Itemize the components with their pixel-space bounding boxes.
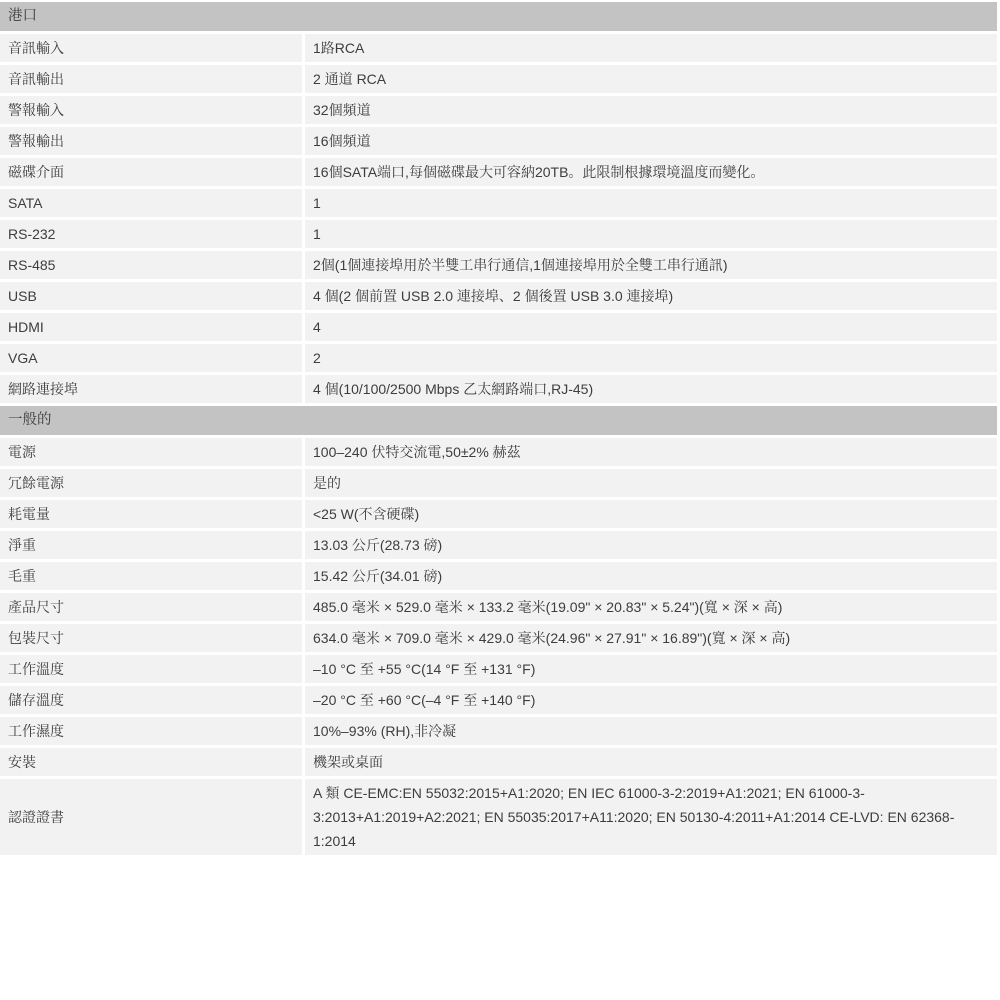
spec-label: USB [0,282,302,310]
table-row: USB 4 個(2 個前置 USB 2.0 連接埠、2 個後置 USB 3.0 … [0,282,997,310]
spec-value: 1路RCA [305,34,997,62]
table-row: RS-232 1 [0,220,997,248]
spec-value: 1 [305,189,997,217]
spec-value: –10 °C 至 +55 °C(14 °F 至 +131 °F) [305,655,997,683]
section-header: 港口 [0,2,997,31]
spec-section: 一般的 電源 100–240 伏特交流電,50±2% 赫茲 冗餘電源 是的 耗電… [0,406,997,855]
spec-label: VGA [0,344,302,372]
table-row: 警報輸入 32個頻道 [0,96,997,124]
section-header: 一般的 [0,406,997,435]
spec-label: HDMI [0,313,302,341]
spec-label: 耗電量 [0,500,302,528]
spec-label: 工作濕度 [0,717,302,745]
section-rows: 電源 100–240 伏特交流電,50±2% 赫茲 冗餘電源 是的 耗電量 <2… [0,438,997,855]
spec-label: 安裝 [0,748,302,776]
spec-label: 網路連接埠 [0,375,302,403]
spec-label: SATA [0,189,302,217]
spec-value: 13.03 公斤(28.73 磅) [305,531,997,559]
table-row: 工作濕度 10%–93% (RH),非冷凝 [0,717,997,745]
spec-label: 產品尺寸 [0,593,302,621]
spec-value: 機架或桌面 [305,748,997,776]
spec-value: 16個SATA端口,每個磁碟最大可容納20TB。此限制根據環境溫度而變化。 [305,158,997,186]
section-title: 一般的 [8,412,52,428]
spec-value: 485.0 毫米 × 529.0 毫米 × 133.2 毫米(19.09" × … [305,593,997,621]
table-row: 磁碟介面 16個SATA端口,每個磁碟最大可容納20TB。此限制根據環境溫度而變… [0,158,997,186]
table-row: 毛重 15.42 公斤(34.01 磅) [0,562,997,590]
spec-label: 認證證書 [0,779,302,855]
spec-value: –20 °C 至 +60 °C(–4 °F 至 +140 °F) [305,686,997,714]
spec-label: 冗餘電源 [0,469,302,497]
table-row: 冗餘電源 是的 [0,469,997,497]
spec-label: 儲存溫度 [0,686,302,714]
spec-label: RS-485 [0,251,302,279]
spec-value: 100–240 伏特交流電,50±2% 赫茲 [305,438,997,466]
section-title: 港口 [8,8,37,24]
table-row: VGA 2 [0,344,997,372]
spec-value: 16個頻道 [305,127,997,155]
spec-value: 4 [305,313,997,341]
spec-value: 4 個(2 個前置 USB 2.0 連接埠、2 個後置 USB 3.0 連接埠) [305,282,997,310]
spec-section: 港口 音訊輸入 1路RCA 音訊輸出 2 通道 RCA 警報輸入 32個頻道 警… [0,2,997,403]
spec-label: 音訊輸出 [0,65,302,93]
table-row: HDMI 4 [0,313,997,341]
table-row: 認證證書 A 類 CE-EMC:EN 55032:2015+A1:2020; E… [0,779,997,855]
spec-value: 2個(1個連接埠用於半雙工串行通信,1個連接埠用於全雙工串行通訊) [305,251,997,279]
section-rows: 音訊輸入 1路RCA 音訊輸出 2 通道 RCA 警報輸入 32個頻道 警報輸出… [0,34,997,403]
table-row: 網路連接埠 4 個(10/100/2500 Mbps 乙太網路端口,RJ-45) [0,375,997,403]
spec-label: 警報輸出 [0,127,302,155]
table-row: 音訊輸入 1路RCA [0,34,997,62]
spec-label: RS-232 [0,220,302,248]
table-row: 耗電量 <25 W(不含硬碟) [0,500,997,528]
table-row: SATA 1 [0,189,997,217]
spec-value: 1 [305,220,997,248]
table-row: 電源 100–240 伏特交流電,50±2% 赫茲 [0,438,997,466]
spec-value: 634.0 毫米 × 709.0 毫米 × 429.0 毫米(24.96" × … [305,624,997,652]
spec-label: 包裝尺寸 [0,624,302,652]
spec-value: 32個頻道 [305,96,997,124]
table-row: 產品尺寸 485.0 毫米 × 529.0 毫米 × 133.2 毫米(19.0… [0,593,997,621]
table-row: 安裝 機架或桌面 [0,748,997,776]
spec-value: 2 通道 RCA [305,65,997,93]
spec-label: 磁碟介面 [0,158,302,186]
spec-value: 15.42 公斤(34.01 磅) [305,562,997,590]
table-row: 儲存溫度 –20 °C 至 +60 °C(–4 °F 至 +140 °F) [0,686,997,714]
spec-label: 音訊輸入 [0,34,302,62]
table-row: 包裝尺寸 634.0 毫米 × 709.0 毫米 × 429.0 毫米(24.9… [0,624,997,652]
table-row: 音訊輸出 2 通道 RCA [0,65,997,93]
spec-label: 毛重 [0,562,302,590]
spec-label: 淨重 [0,531,302,559]
spec-value: 10%–93% (RH),非冷凝 [305,717,997,745]
spec-value: <25 W(不含硬碟) [305,500,997,528]
spec-label: 工作溫度 [0,655,302,683]
spec-value: 是的 [305,469,997,497]
spec-label: 電源 [0,438,302,466]
spec-value: 4 個(10/100/2500 Mbps 乙太網路端口,RJ-45) [305,375,997,403]
table-row: 工作溫度 –10 °C 至 +55 °C(14 °F 至 +131 °F) [0,655,997,683]
table-row: 淨重 13.03 公斤(28.73 磅) [0,531,997,559]
spec-label: 警報輸入 [0,96,302,124]
table-row: 警報輸出 16個頻道 [0,127,997,155]
spec-value: A 類 CE-EMC:EN 55032:2015+A1:2020; EN IEC… [305,779,997,855]
table-row: RS-485 2個(1個連接埠用於半雙工串行通信,1個連接埠用於全雙工串行通訊) [0,251,997,279]
spec-table: 港口 音訊輸入 1路RCA 音訊輸出 2 通道 RCA 警報輸入 32個頻道 警… [0,0,997,855]
spec-value: 2 [305,344,997,372]
